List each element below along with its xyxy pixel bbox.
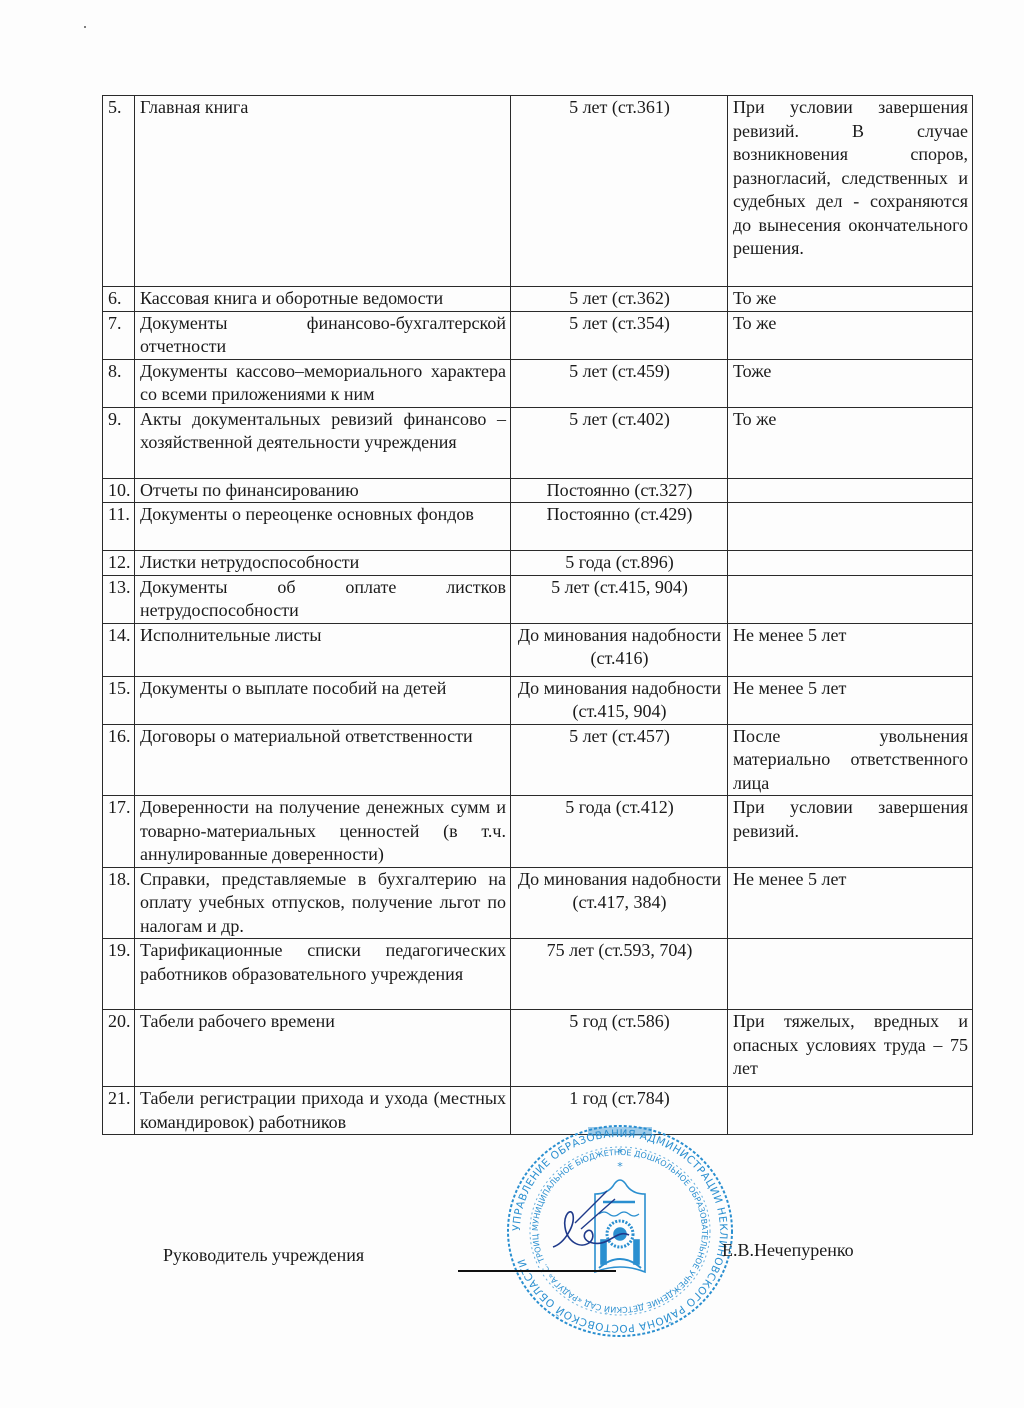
table-row: 20. Табели рабочего времени 5 год (ст.58… bbox=[103, 1010, 973, 1087]
doc-name: Документы кассово–мемориального характер… bbox=[135, 359, 511, 407]
doc-name: Листки нетрудоспособности bbox=[135, 551, 511, 576]
doc-name: Доверенности на получение денежных сумм … bbox=[135, 796, 511, 868]
row-number: 10. bbox=[103, 478, 135, 503]
row-number: 17. bbox=[103, 796, 135, 868]
signer-name: Е.В.Нечепуренко bbox=[722, 1240, 854, 1261]
row-number: 11. bbox=[103, 503, 135, 551]
row-number: 12. bbox=[103, 551, 135, 576]
retention-period: Постоянно (ст.429) bbox=[511, 503, 728, 551]
retention-period: 5 лет (ст.459) bbox=[511, 359, 728, 407]
table-row: 15. Документы о выплате пособий на детей… bbox=[103, 676, 973, 724]
note bbox=[728, 575, 973, 623]
retention-period: 5 лет (ст.457) bbox=[511, 724, 728, 796]
retention-period: 75 лет (ст.593, 704) bbox=[511, 939, 728, 1010]
table-row: 8. Документы кассово–мемориального харак… bbox=[103, 359, 973, 407]
note: Тоже bbox=[728, 359, 973, 407]
table-row: 12. Листки нетрудоспособности 5 года (ст… bbox=[103, 551, 973, 576]
row-number: 7. bbox=[103, 311, 135, 359]
table-row: 11. Документы о переоценке основных фонд… bbox=[103, 503, 973, 551]
row-number: 5. bbox=[103, 96, 135, 287]
doc-name: Табели регистрации прихода и ухода (мест… bbox=[135, 1087, 511, 1135]
table-row: 17. Доверенности на получение денежных с… bbox=[103, 796, 973, 868]
note bbox=[728, 1087, 973, 1135]
note: При условии завершения ревизий. bbox=[728, 796, 973, 868]
row-number: 18. bbox=[103, 867, 135, 939]
row-number: 9. bbox=[103, 407, 135, 478]
note: Не менее 5 лет bbox=[728, 676, 973, 724]
signer-title: Руководитель учреждения bbox=[163, 1245, 364, 1266]
retention-period: 5 года (ст.412) bbox=[511, 796, 728, 868]
note bbox=[728, 551, 973, 576]
row-number: 15. bbox=[103, 676, 135, 724]
table-row: 14. Исполнительные листы До минования на… bbox=[103, 623, 973, 676]
retention-period: До минования надобности (ст.416) bbox=[511, 623, 728, 676]
doc-name: Акты документальных ревизий финансово – … bbox=[135, 407, 511, 478]
signature-scribble bbox=[545, 1185, 635, 1265]
svg-text:*: * bbox=[617, 1160, 623, 1173]
table-row: 19. Тарификационные списки педагогически… bbox=[103, 939, 973, 1010]
row-number: 21. bbox=[103, 1087, 135, 1135]
table-row: 6. Кассовая книга и оборотные ведомости … bbox=[103, 287, 973, 312]
doc-name: Кассовая книга и оборотные ведомости bbox=[135, 287, 511, 312]
retention-period: Постоянно (ст.327) bbox=[511, 478, 728, 503]
note: То же bbox=[728, 311, 973, 359]
retention-period: До минования надобности (ст.415, 904) bbox=[511, 676, 728, 724]
note: То же bbox=[728, 287, 973, 312]
retention-table: 5. Главная книга 5 лет (ст.361) При усло… bbox=[102, 95, 973, 1135]
note bbox=[728, 939, 973, 1010]
doc-name: Главная книга bbox=[135, 96, 511, 287]
table-row: 5. Главная книга 5 лет (ст.361) При усло… bbox=[103, 96, 973, 287]
row-number: 19. bbox=[103, 939, 135, 1010]
row-number: 14. bbox=[103, 623, 135, 676]
signature-line bbox=[458, 1270, 616, 1272]
retention-period: 5 лет (ст.362) bbox=[511, 287, 728, 312]
note: При тяжелых, вредных и опасных условиях … bbox=[728, 1010, 973, 1087]
scan-speck bbox=[84, 26, 86, 28]
retention-period: До минования надобности (ст.417, 384) bbox=[511, 867, 728, 939]
doc-name: Отчеты по финансированию bbox=[135, 478, 511, 503]
row-number: 16. bbox=[103, 724, 135, 796]
table-row: 16. Договоры о материальной ответственно… bbox=[103, 724, 973, 796]
svg-text:*: * bbox=[617, 1146, 623, 1159]
note bbox=[728, 478, 973, 503]
retention-period: 5 лет (ст.415, 904) bbox=[511, 575, 728, 623]
doc-name: Договоры о материальной ответственности bbox=[135, 724, 511, 796]
note: То же bbox=[728, 407, 973, 478]
table-row: 13. Документы об оплате листков нетрудос… bbox=[103, 575, 973, 623]
retention-period: 5 лет (ст.361) bbox=[511, 96, 728, 287]
row-number: 6. bbox=[103, 287, 135, 312]
doc-name: Документы об оплате листков нетрудоспосо… bbox=[135, 575, 511, 623]
note: После увольнения материально ответственн… bbox=[728, 724, 973, 796]
table-row: 18. Справки, представляемые в бухгалтери… bbox=[103, 867, 973, 939]
doc-name: Документы финансово-бухгалтерской отчетн… bbox=[135, 311, 511, 359]
doc-name: Тарификационные списки педагогических ра… bbox=[135, 939, 511, 1010]
table-row: 7. Документы финансово-бухгалтерской отч… bbox=[103, 311, 973, 359]
doc-name: Табели рабочего времени bbox=[135, 1010, 511, 1087]
note: Не менее 5 лет bbox=[728, 867, 973, 939]
note: Не менее 5 лет bbox=[728, 623, 973, 676]
row-number: 13. bbox=[103, 575, 135, 623]
doc-name: Документы о переоценке основных фондов bbox=[135, 503, 511, 551]
doc-name: Исполнительные листы bbox=[135, 623, 511, 676]
retention-period: 5 лет (ст.354) bbox=[511, 311, 728, 359]
row-number: 20. bbox=[103, 1010, 135, 1087]
retention-period: 5 года (ст.896) bbox=[511, 551, 728, 576]
retention-period: 5 лет (ст.402) bbox=[511, 407, 728, 478]
retention-period: 5 год (ст.586) bbox=[511, 1010, 728, 1087]
note bbox=[728, 503, 973, 551]
table-row: 10. Отчеты по финансированию Постоянно (… bbox=[103, 478, 973, 503]
note: При условии завершения ревизий. В случае… bbox=[728, 96, 973, 287]
row-number: 8. bbox=[103, 359, 135, 407]
table-row: 9. Акты документальных ревизий финансово… bbox=[103, 407, 973, 478]
doc-name: Документы о выплате пособий на детей bbox=[135, 676, 511, 724]
doc-name: Справки, представляемые в бухгалтерию на… bbox=[135, 867, 511, 939]
